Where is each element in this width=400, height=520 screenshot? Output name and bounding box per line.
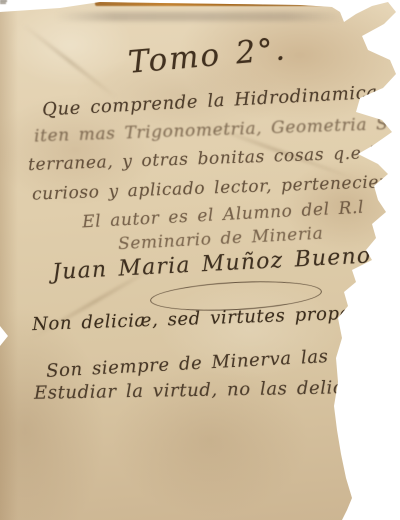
volume-title: Tomo 2°. (127, 31, 288, 81)
top-edge-shadow (55, 12, 345, 21)
stray-scan-mark (0, 2, 6, 4)
scanned-page-background: Tomo 2°. Que comprende la Hidrodinamica … (0, 0, 400, 520)
manuscript-paper-sheet: Tomo 2°. Que comprende la Hidrodinamica … (0, 0, 400, 520)
text-line-faded: iten mas Trigonometria, Geometria Sub (34, 113, 400, 146)
closing-line: Son siempre de Minerva las prim (46, 343, 384, 382)
closing-line: Estudiar la virtud, no las delici (34, 377, 350, 404)
text-line: terranea, y otras bonitas cosas q.e Verá… (28, 141, 400, 175)
text-line: Que comprende la Hidrodinamica S. (42, 80, 400, 120)
binding-edge-strip (95, 0, 338, 6)
paper-crease (22, 23, 118, 99)
